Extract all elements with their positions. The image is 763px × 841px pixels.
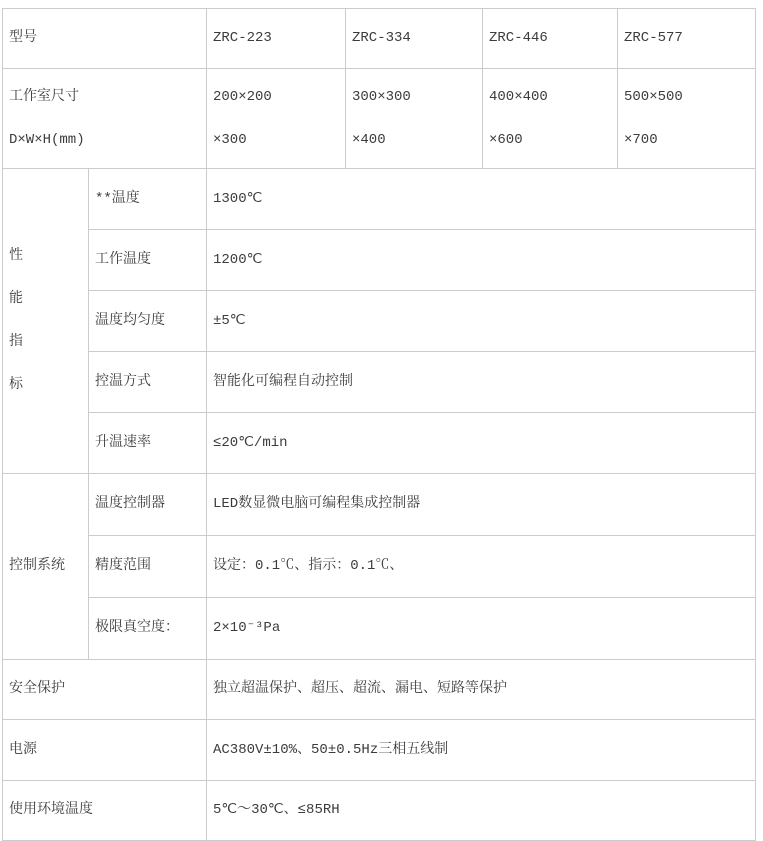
model-cell-zrc-334: ZRC-334 [346,9,483,69]
control-section-label: 控制系统 [3,474,89,660]
spec-name-cell: 温度控制器 [89,474,207,536]
chamber-size-cell: 400×400 ×600 [483,69,618,169]
spec-name-cell: 升温速率 [89,413,207,474]
chamber-size-row: 工作室尺寸 D×W×H(mm) 200×200 ×300 300×300 ×40… [3,69,756,169]
spec-name-cell: 极限真空度： [89,598,207,660]
chamber-size-cell: 300×300 ×400 [346,69,483,169]
power-row: 电源 AC380V±10%、50±0.5Hz三相五线制 [3,720,756,781]
spec-value-cell: 5℃～30℃、≤85RH [207,781,756,841]
spec-name-cell: 温度均匀度 [89,291,207,352]
performance-row: 性 能 指 标 **温度 1300℃ [3,169,756,230]
control-row: 控制系统 温度控制器 LED数显微电脑可编程集成控制器 [3,474,756,536]
performance-row: 升温速率 ≤20℃/min [3,413,756,474]
spec-value-cell: ≤20℃/min [207,413,756,474]
spec-value-cell: 智能化可编程自动控制 [207,352,756,413]
spec-value-cell: ±5℃ [207,291,756,352]
performance-section-label: 性 能 指 标 [3,169,89,474]
model-cell-zrc-577: ZRC-577 [618,9,756,69]
spec-name-cell: **温度 [89,169,207,230]
spec-value-cell: 设定：0.1℃、指示：0.1℃、 [207,536,756,598]
spec-value-cell: 1200℃ [207,230,756,291]
performance-row: 温度均匀度 ±5℃ [3,291,756,352]
spec-name-cell: 精度范围 [89,536,207,598]
safety-row: 安全保护 独立超温保护、超压、超流、漏电、短路等保护 [3,660,756,720]
spec-value-cell: 独立超温保护、超压、超流、漏电、短路等保护 [207,660,756,720]
spec-value-cell: LED数显微电脑可编程集成控制器 [207,474,756,536]
model-row: 型号 ZRC-223 ZRC-334 ZRC-446 ZRC-577 [3,9,756,69]
model-row-label: 型号 [3,9,207,69]
spec-table: 型号 ZRC-223 ZRC-334 ZRC-446 ZRC-577 工作室尺寸… [2,8,756,841]
model-cell-zrc-446: ZRC-446 [483,9,618,69]
spec-name-cell: 安全保护 [3,660,207,720]
page: 型号 ZRC-223 ZRC-334 ZRC-446 ZRC-577 工作室尺寸… [0,0,763,841]
control-row: 精度范围 设定：0.1℃、指示：0.1℃、 [3,536,756,598]
spec-name-cell: 使用环境温度 [3,781,207,841]
control-row: 极限真空度： 2×10⁻³Pa [3,598,756,660]
spec-name-cell: 电源 [3,720,207,781]
chamber-size-cell: 500×500 ×700 [618,69,756,169]
spec-name-cell: 控温方式 [89,352,207,413]
spec-value-cell: AC380V±10%、50±0.5Hz三相五线制 [207,720,756,781]
spec-name-cell: 工作温度 [89,230,207,291]
chamber-size-label: 工作室尺寸 D×W×H(mm) [3,69,207,169]
performance-row: 控温方式 智能化可编程自动控制 [3,352,756,413]
spec-value-cell: 1300℃ [207,169,756,230]
performance-row: 工作温度 1200℃ [3,230,756,291]
chamber-size-cell: 200×200 ×300 [207,69,346,169]
environment-row: 使用环境温度 5℃～30℃、≤85RH [3,781,756,841]
model-cell-zrc-223: ZRC-223 [207,9,346,69]
spec-value-cell: 2×10⁻³Pa [207,598,756,660]
